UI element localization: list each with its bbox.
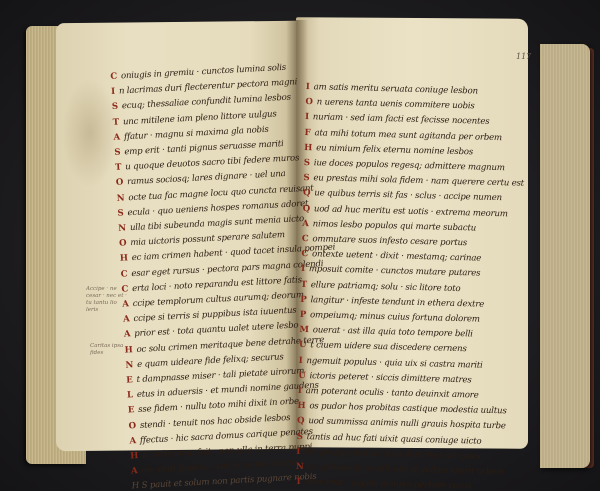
rubricated-initial: O <box>116 178 124 188</box>
rubricated-initial: A <box>302 219 309 229</box>
rubricated-initial: I <box>306 82 310 92</box>
right-page-stack <box>540 44 590 468</box>
line-text: ictoris peteret · siccis dimittere matre… <box>309 371 471 385</box>
line-text: ec quibus abscondit nec si quibus exerit… <box>307 462 504 477</box>
rubricated-initial: A <box>113 132 120 142</box>
rubricated-initial: O <box>305 97 313 107</box>
rubricated-initial: Q <box>297 416 305 426</box>
line-text: eu nimium felix eternu nomine lesbos <box>316 143 473 157</box>
rubricated-initial: N <box>125 360 133 370</box>
line-text: am poterant oculis · tanto deuinxit amor… <box>306 386 479 401</box>
line-text: tantis ad huc fati uixit quasi coniuge u… <box>307 432 482 447</box>
rubricated-initial: S <box>297 432 303 442</box>
rubricated-initial: I <box>299 356 303 366</box>
rubricated-initial: E <box>128 406 135 416</box>
rubricated-initial: I <box>305 112 309 122</box>
parchment-stain <box>62 78 118 188</box>
rubricated-initial: U <box>299 340 307 350</box>
line-text: nuriam · sed iam facti est fecisse nocen… <box>313 113 490 128</box>
rubricated-initial: I <box>301 264 305 274</box>
line-text: am pelago medios titan demissus ad ignes <box>304 447 481 462</box>
line-text: otus erat · uigiles pompei pectore curas <box>306 477 472 491</box>
rubricated-initial: O <box>119 239 127 249</box>
rubricated-initial: H <box>304 143 312 153</box>
line-text: os pudor hos probitas castique modestia … <box>309 401 506 416</box>
rubricated-initial: S <box>112 102 119 112</box>
rubricated-initial: A <box>124 330 131 340</box>
rubricated-initial: S <box>304 158 310 168</box>
rubricated-initial: Q <box>303 188 311 198</box>
rubricated-initial: H <box>130 451 138 461</box>
folio-number: 117 <box>516 52 531 61</box>
rubricated-initial: C <box>120 269 127 279</box>
rubricated-initial: F <box>304 128 310 138</box>
line-text: ue quibus terris sit fas · sclus · accip… <box>314 189 502 204</box>
line-text: ouerat · ast illa quia toto tempore bell… <box>313 326 473 340</box>
line-text: ommutare suos infesto cesare portus <box>312 234 467 248</box>
rubricated-initial: T <box>115 163 122 173</box>
rubricated-initial: H <box>120 254 128 264</box>
rubricated-initial: C <box>110 72 117 82</box>
line-text: mposuit comite · cunctos mutare putares <box>309 265 481 279</box>
rubricated-initial: S <box>114 148 121 158</box>
line-text: am satis meritu seruata coniuge lesbon <box>314 82 478 96</box>
line-text: ngemuit populus · quia uix si castra mar… <box>306 356 482 371</box>
rubricated-initial: N <box>116 193 124 203</box>
line-text: nimos lesbo populos qui marte subactu <box>313 219 477 233</box>
line-text: n uerens tanta uenis commitere uobis <box>317 97 475 111</box>
rubricated-initial: I <box>296 447 300 457</box>
rubricated-initial: U <box>298 371 306 381</box>
rubricated-initial: I <box>298 386 302 396</box>
margin-note: Accipe · ne cesar · nec et · tu tantu li… <box>86 286 130 314</box>
margin-note: Caritas ipsa fides <box>90 343 134 357</box>
rubricated-initial: N <box>296 462 304 472</box>
rubricated-initial: Q <box>303 204 311 214</box>
rubricated-initial: A <box>131 466 138 476</box>
line-text: langitur · infeste tendunt in ethera dex… <box>310 295 484 310</box>
rubricated-initial: I <box>111 87 115 97</box>
rubricated-initial: S <box>303 173 309 183</box>
line-text: uod ad huc meritu est uotis · extrema me… <box>314 204 508 219</box>
rubricated-initial: L <box>127 391 133 401</box>
rubricated-initial: N <box>118 223 126 233</box>
rubricated-initial: T <box>112 117 119 127</box>
line-text: t ciuem uidere sua discedere cernens <box>310 341 467 355</box>
rubricated-initial: E <box>126 375 133 385</box>
line-text: ompeiumq; minus cuius fortuna dolorem <box>310 310 480 324</box>
line-text: ata mihi totum mea sunt agitanda per orb… <box>314 128 502 143</box>
line-text: iue doces populos regesq; admittere magn… <box>314 158 505 173</box>
rubricated-initial: S <box>117 208 124 218</box>
rubricated-initial: A <box>123 315 130 325</box>
rubricated-initial: T <box>295 477 301 487</box>
line-text: uod summissa animis nulli grauis hospita… <box>308 417 506 432</box>
rubricated-initial: O <box>128 421 136 431</box>
line-text: ontexte uetent · dixit · mestamq; carina… <box>312 249 481 263</box>
rubricated-initial: A <box>129 436 136 446</box>
rubricated-initial: T <box>301 280 307 290</box>
rubricated-initial: M <box>299 325 309 335</box>
rubricated-initial: C <box>302 234 309 244</box>
line-text: ellure patriamq; solu · sic litore toto <box>311 280 461 294</box>
rubricated-initial: C <box>301 249 308 259</box>
rubricated-initial: P <box>300 310 307 320</box>
right-page-text: Iam satis meritu seruata coniuge lesbonO… <box>295 80 526 491</box>
rubricated-initial: H <box>297 401 305 411</box>
rubricated-initial: P <box>300 295 307 305</box>
